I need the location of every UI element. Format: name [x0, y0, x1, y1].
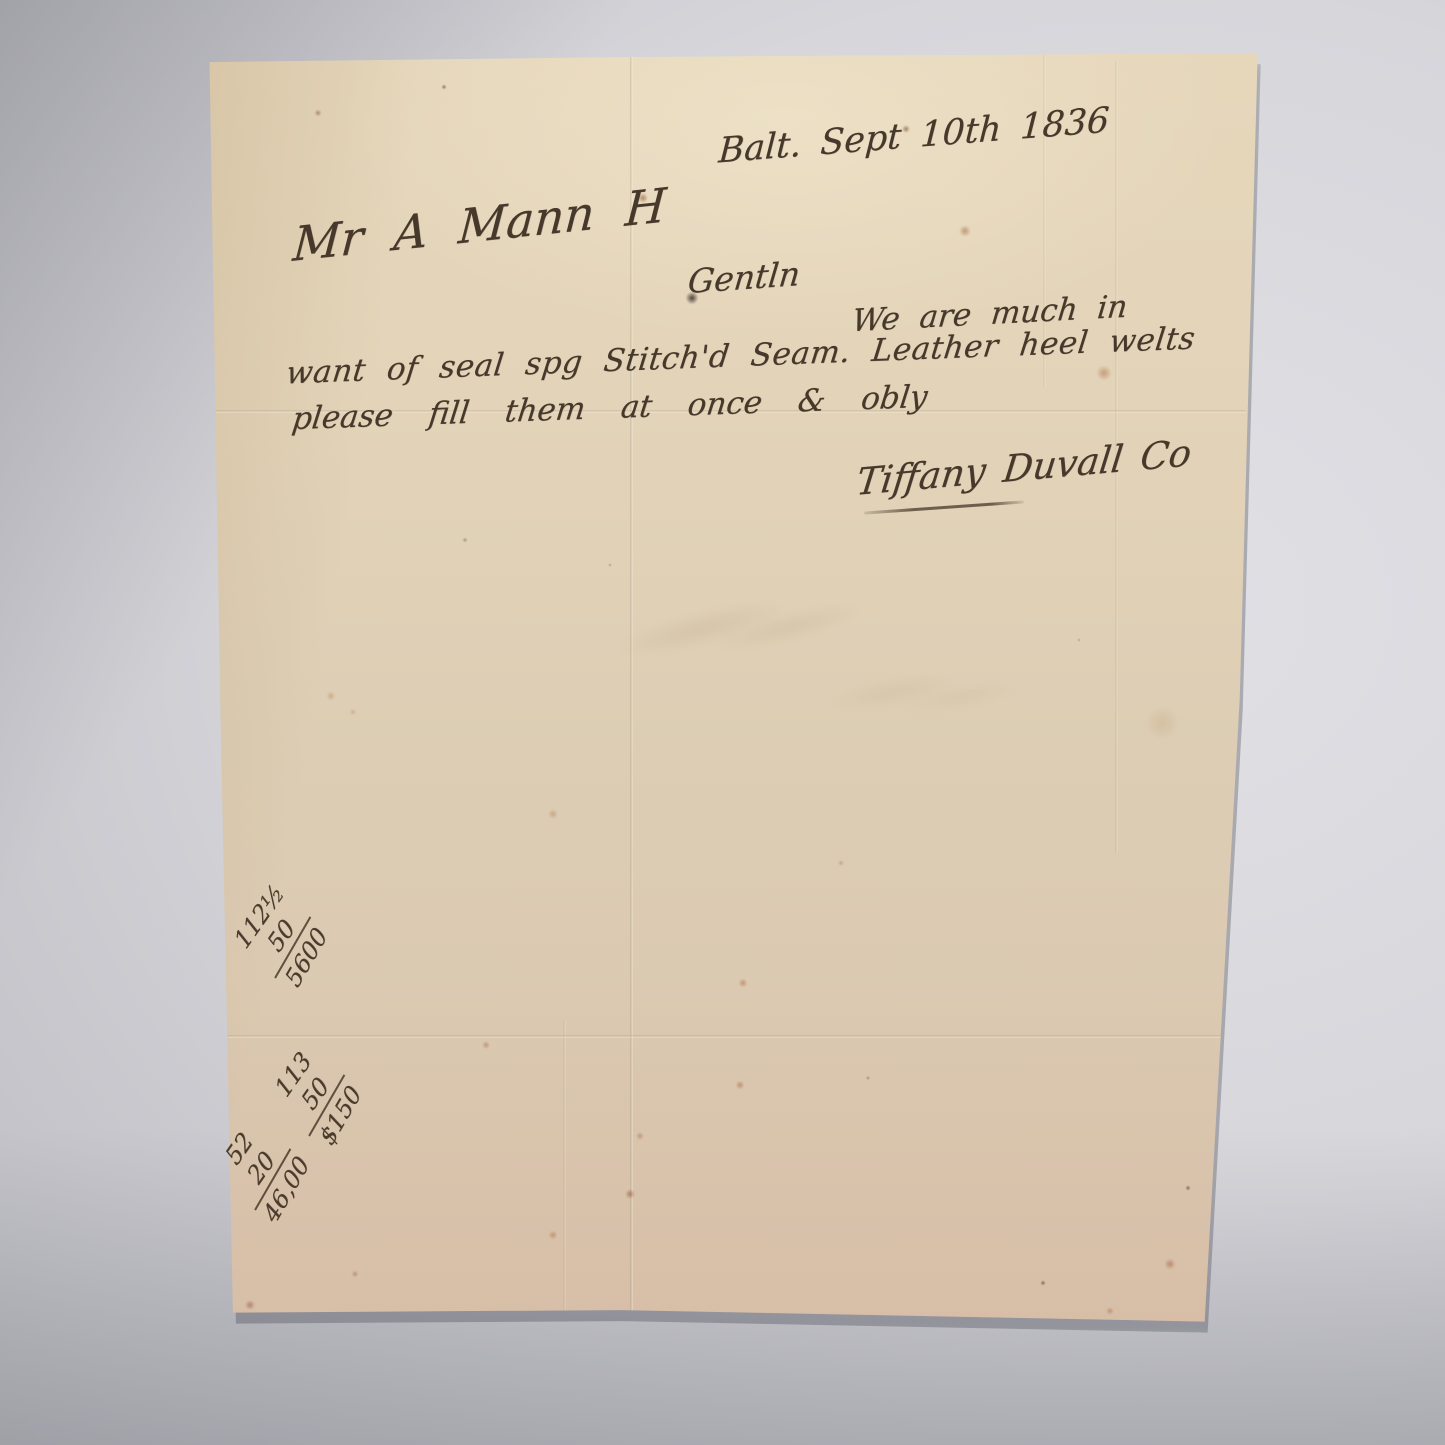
foxing-spot [1145, 706, 1179, 740]
foxing-spot [352, 1271, 359, 1278]
foxing-spot [959, 225, 971, 237]
foxing-spot [838, 860, 844, 866]
foxing-spot [608, 563, 611, 566]
photo-stage: Balt. Sept 10th 1836 Mr A Mann H Gentln … [0, 0, 1445, 1445]
foxing-spot [441, 84, 446, 89]
foxing-spot [549, 1231, 558, 1240]
foxing-spot [482, 1041, 490, 1049]
foxing-spot [866, 1076, 870, 1080]
foxing-spot [548, 809, 558, 819]
foxing-spot [463, 538, 468, 543]
foxing-spot [735, 1081, 744, 1090]
salutation-handwriting: Gentln [686, 254, 802, 301]
foxing-spot [326, 692, 335, 701]
foxing-spot [1041, 1281, 1046, 1286]
foxing-spot [738, 978, 747, 987]
stains-layer [0, 0, 1445, 1445]
foxing-spot [1106, 1307, 1114, 1315]
foxing-spot [349, 709, 356, 716]
foxing-spot [625, 1189, 635, 1199]
foxing-spot [1078, 639, 1081, 642]
foxing-spot [245, 1300, 255, 1310]
foxing-spot [1185, 1185, 1190, 1190]
foxing-spot [314, 109, 321, 116]
foxing-spot [1096, 365, 1112, 381]
foxing-spot [1165, 1259, 1176, 1270]
foxing-spot [636, 1132, 644, 1140]
